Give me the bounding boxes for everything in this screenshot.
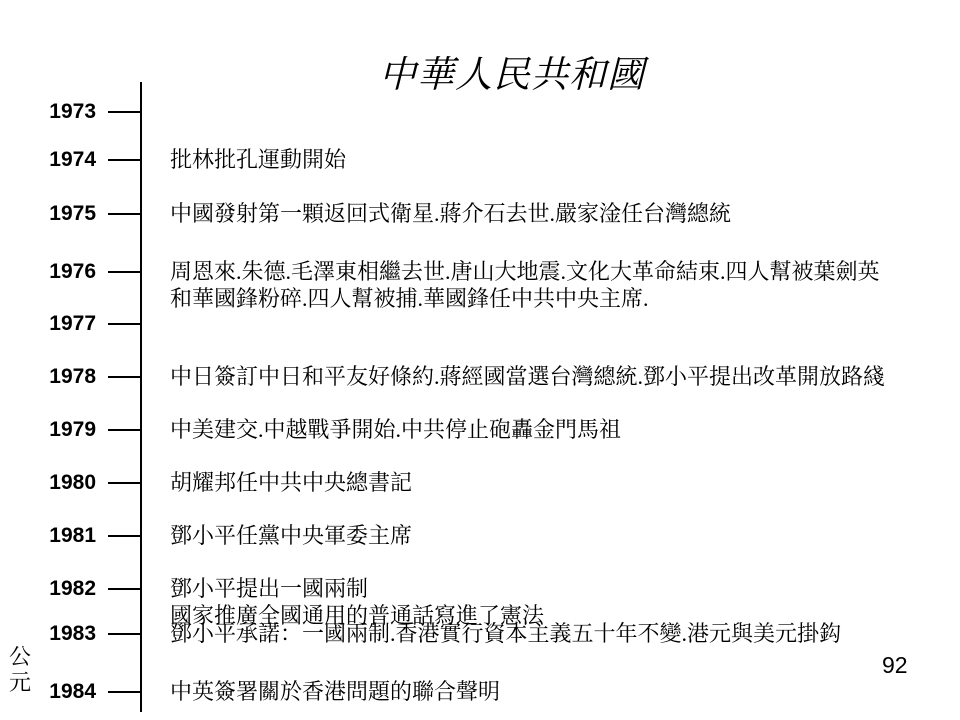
page-title: 中華人民共和國 (0, 44, 960, 98)
tick-mark (108, 535, 141, 537)
era-label: 公 元 (6, 644, 34, 696)
event-text: 中英簽署關於香港問題的聯合聲明 (170, 678, 950, 705)
event-text: 鄧小平任黨中央軍委主席 (170, 522, 950, 549)
year-label: 1973 (34, 99, 96, 124)
year-label: 1976 (34, 259, 96, 284)
event-text: 周恩來.朱德.毛澤東相繼去世.唐山大地震.文化大革命結束.四人幫被葉劍英 和華國… (170, 258, 950, 312)
tick-mark (108, 213, 141, 215)
year-label: 1975 (34, 201, 96, 226)
tick-mark (108, 429, 141, 431)
event-text: 鄧小平承諾：一國兩制.香港實行資本主義五十年不變.港元與美元掛鈎 (170, 620, 950, 647)
year-label: 1983 (34, 621, 96, 646)
event-text: 胡耀邦任中共中央總書記 (170, 469, 950, 496)
tick-mark (108, 588, 141, 590)
year-label: 1974 (34, 147, 96, 172)
event-text: 中國發射第一顆返回式衛星.蔣介石去世.嚴家淦任台灣總統 (170, 200, 950, 227)
event-text: 批林批孔運動開始 (170, 146, 950, 173)
year-label: 1982 (34, 576, 96, 601)
tick-mark (108, 482, 141, 484)
timeline-axis (140, 82, 142, 712)
tick-mark (108, 323, 141, 325)
event-text: 中美建交.中越戰爭開始.中共停止砲轟金門馬祖 (170, 416, 950, 443)
tick-mark (108, 111, 141, 113)
event-text: 中日簽訂中日和平友好條約.蔣經國當選台灣總統.鄧小平提出改革開放路綫 (170, 363, 950, 390)
tick-mark (108, 376, 141, 378)
year-label: 1981 (34, 523, 96, 548)
tick-mark (108, 633, 141, 635)
tick-mark (108, 271, 141, 273)
tick-mark (108, 691, 141, 693)
year-label: 1977 (34, 311, 96, 336)
year-label: 1980 (34, 470, 96, 495)
page-number: 92 (882, 652, 908, 679)
year-label: 1979 (34, 417, 96, 442)
year-label: 1978 (34, 364, 96, 389)
slide: 中華人民共和國 1973 1974 批林批孔運動開始 1975 中國發射第一顆返… (0, 0, 960, 720)
year-label: 1984 (34, 679, 96, 704)
tick-mark (108, 159, 141, 161)
